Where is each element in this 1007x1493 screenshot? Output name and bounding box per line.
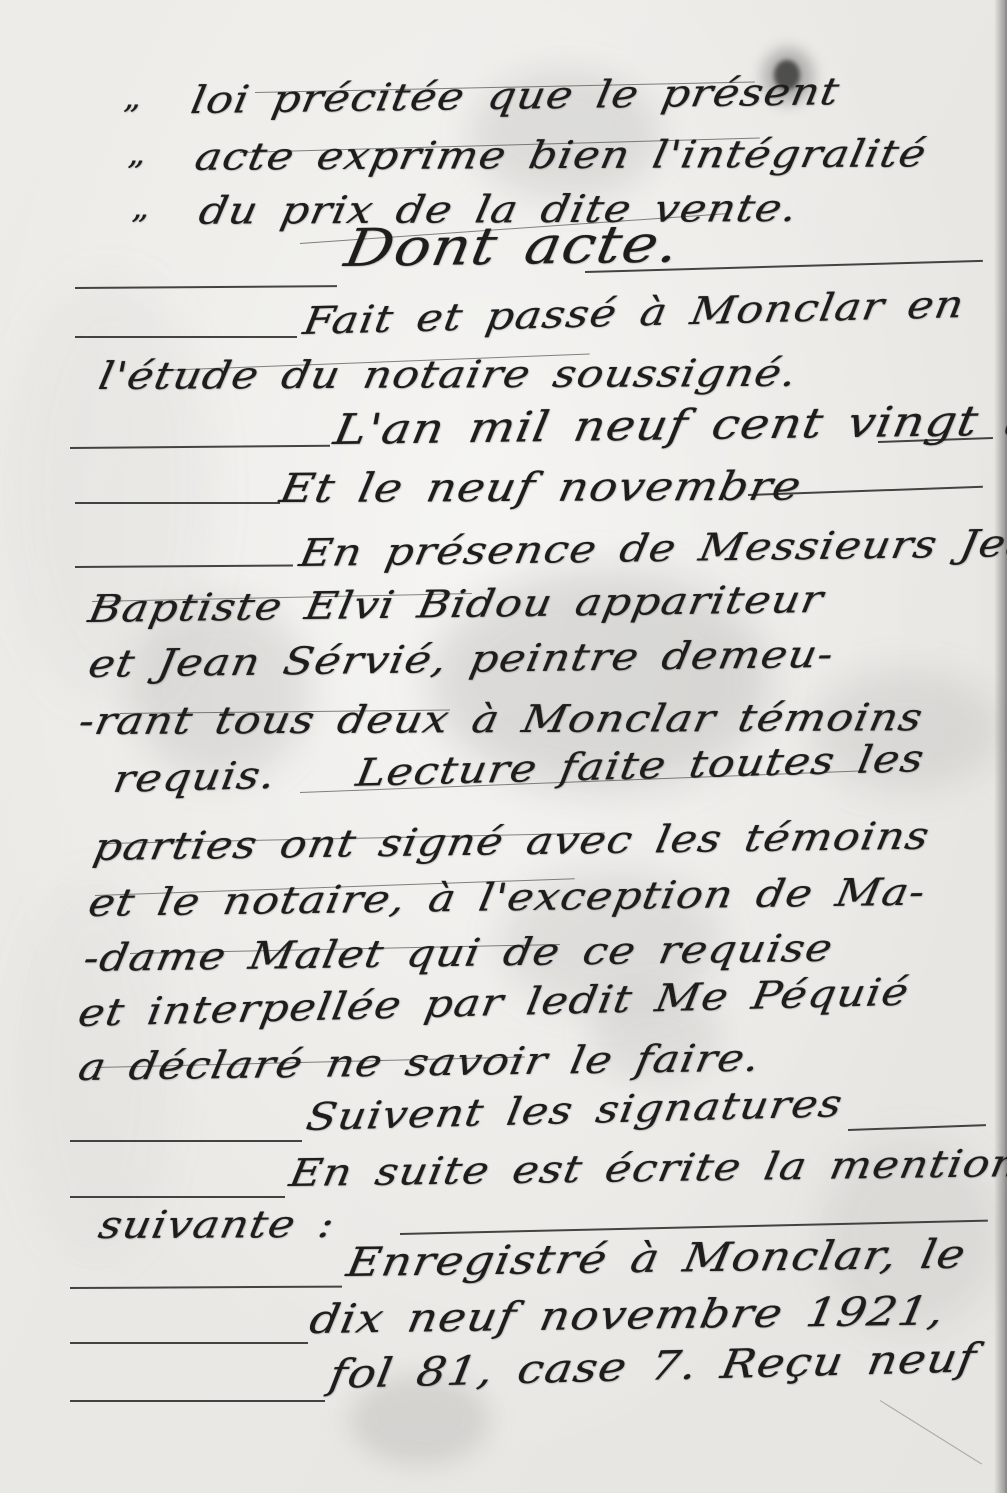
manuscript-line: dix neuf novembre 1921, [306,1288,949,1343]
line-text: En présence de Messieurs Jean [296,521,1007,575]
line-text: Enregistré à Monclar, le [343,1232,970,1286]
manuscript-line: L'an mil neuf cent vingt un [330,396,1007,454]
manuscript-line: Suivent les signatures [303,1082,846,1139]
line-text: Dont acte. [340,214,685,279]
pen-stroke [880,1400,982,1464]
manuscript-line: -dame Malet qui de ce requise [80,927,837,981]
line-text: requis. [110,753,279,801]
manuscript-line: -rant tous deux à Monclar témoins [75,696,927,744]
line-text: Et le neuf novembre [276,464,806,512]
line-text: Lecture faite toutes les [353,736,928,795]
line-text: a déclaré ne savoir le faire. [75,1036,764,1089]
manuscript-line: Dont acte. [340,215,685,279]
manuscript-line: En présence de Messieurs Jean [296,522,1007,576]
manuscript-line: Baptiste Elvi Bidou appariteur [85,578,827,632]
filler-dash [75,285,337,289]
line-text: loi précitée que le présent [188,69,844,122]
manuscript-line: l'étude du notaire soussigné. [95,352,801,399]
filler-dash [70,1140,302,1142]
line-text: acte exprime bien l'intégralité [192,131,931,178]
paper-shading [10,280,210,700]
manuscript-line: „acte exprime bien l'intégralité [124,132,931,179]
manuscript-line: Enregistré à Monclar, le [343,1232,970,1286]
line-text: et Jean Sérvié, peintre demeu- [85,632,838,686]
manuscript-line: et Jean Sérvié, peintre demeu- [85,633,838,687]
manuscript-line: „loi précitée que le présent [120,70,843,123]
line-text: et le notaire, à l'exception de Ma- [85,870,929,925]
line-text: parties ont signé avec les témoins [90,814,933,869]
line-text: suivante : [95,1202,339,1247]
line-text: Baptiste Elvi Bidou appariteur [85,577,827,631]
filler-dash [75,564,293,568]
quote-mark: „ [129,192,155,227]
line-text: -dame Malet qui de ce requise [80,926,837,980]
line-text: l'étude du notaire soussigné. [95,351,801,398]
line-text: L'an mil neuf cent vingt un [330,395,1007,454]
filler-dash [70,1196,285,1198]
manuscript-line: Et le neuf novembre [276,464,806,512]
manuscript-line: En suite est écrite la mention [286,1142,1007,1196]
manuscript-line: a déclaré ne savoir le faire. [75,1037,764,1090]
manuscript-line: fol 81, case 7. Reçu neuf [326,1335,980,1398]
manuscript-line: suivante : [95,1203,339,1248]
line-text: et interpellée par ledit Me Péquié [75,970,913,1035]
line-text: En suite est écrite la mention [286,1141,1007,1195]
manuscript-line: et le notaire, à l'exception de Ma- [85,871,929,926]
filler-dash [70,1286,342,1289]
filler-dash [70,1342,308,1344]
manuscript-line: et interpellée par ledit Me Péquié [75,971,913,1036]
quote-mark: „ [125,138,151,173]
line-text: -rant tous deux à Monclar témoins [75,695,927,743]
filler-dash [70,445,330,449]
quote-mark: „ [121,82,146,117]
filler-dash [848,1124,986,1131]
page-edge-shadow [994,0,1007,1493]
manuscript-line: requis.Lecture faite toutes les [110,737,928,801]
manuscript-line: Fait et passé à Monclar en [300,283,968,344]
manuscript-line: parties ont signé avec les témoins [90,815,933,870]
line-text: Fait et passé à Monclar en [300,282,968,343]
line-text: Suivent les signatures [303,1081,846,1139]
filler-dash [75,502,280,504]
filler-dash [75,336,297,338]
filler-dash [70,1400,325,1402]
line-text: fol 81, case 7. Reçu neuf [326,1335,980,1398]
manuscript-page: „loi précitée que le présent „acte expri… [0,0,1007,1493]
line-text: dix neuf novembre 1921, [306,1288,949,1343]
